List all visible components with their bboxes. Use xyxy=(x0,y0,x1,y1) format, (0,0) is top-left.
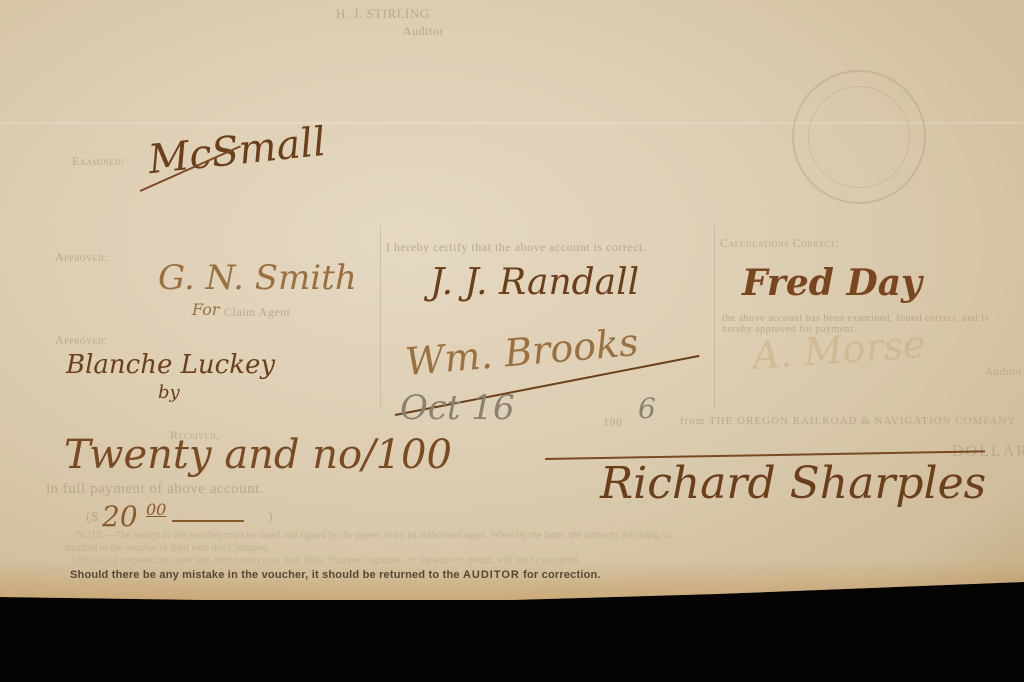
date-prefix: 190 xyxy=(603,415,623,430)
amount-paren-right: ) xyxy=(268,510,273,526)
footer-notice: Should there be any mistake in the vouch… xyxy=(70,569,601,581)
payee-name: Blanche Luckey xyxy=(66,350,275,380)
fine-print-line-1: NOTE.—The receipt to this voucher must b… xyxy=(76,530,671,541)
auditor-signature-label: Auditor xyxy=(985,366,1023,378)
payee-by: by xyxy=(158,382,180,403)
date-year-digit: 6 xyxy=(638,392,656,425)
certify-label: I hereby certify that the above account … xyxy=(386,240,706,254)
calculations-signature: Fred Day xyxy=(742,262,922,304)
voucher-paper: H. J. STIRLING Auditor Examined: Approve… xyxy=(0,0,1024,600)
approved-label-2: Approved: xyxy=(55,333,108,348)
examined-signature: McSmall xyxy=(146,119,328,183)
column-divider xyxy=(380,225,381,410)
approved-label-1: Approved: xyxy=(55,250,108,265)
for-claim-agent-note: For xyxy=(192,300,220,319)
amount-in-words: Twenty and no/100 xyxy=(64,432,452,478)
footer-suffix: for correction. xyxy=(523,569,601,581)
calculations-label: Calculations Correct: xyxy=(720,236,840,251)
certify-signature: J. J. Randall xyxy=(430,262,639,303)
date-month-day: Oct 16 xyxy=(400,388,515,428)
amount-paren-left: ($ xyxy=(86,510,99,526)
footer-prefix: Should there be any mistake in the vouch… xyxy=(70,569,460,581)
auditor-name-header: H. J. STIRLING xyxy=(336,6,430,22)
fine-print-line-3: Officials of corporations must sign thei… xyxy=(72,555,580,566)
column-divider xyxy=(714,225,715,410)
amount-figures: 20 xyxy=(102,500,138,533)
company-name: from THE OREGON RAILROAD & NAVIGATION CO… xyxy=(680,415,1016,427)
receiver-signature: Richard Sharples xyxy=(600,458,986,509)
examined-label: Examined: xyxy=(72,154,125,169)
approved-signature: G. N. Smith xyxy=(158,258,357,298)
fine-print-line-2: attached to the voucher or filed with th… xyxy=(64,543,269,554)
auditor-title-header: Auditor xyxy=(403,24,444,39)
amount-cents: 00 xyxy=(146,500,166,519)
footer-auditor: AUDITOR xyxy=(463,569,520,581)
claim-agent-label: Claim Agent xyxy=(224,305,291,320)
seal-stamp xyxy=(792,70,926,204)
full-payment-label: in full payment of above account. xyxy=(46,481,264,498)
cents-underline xyxy=(172,520,244,522)
